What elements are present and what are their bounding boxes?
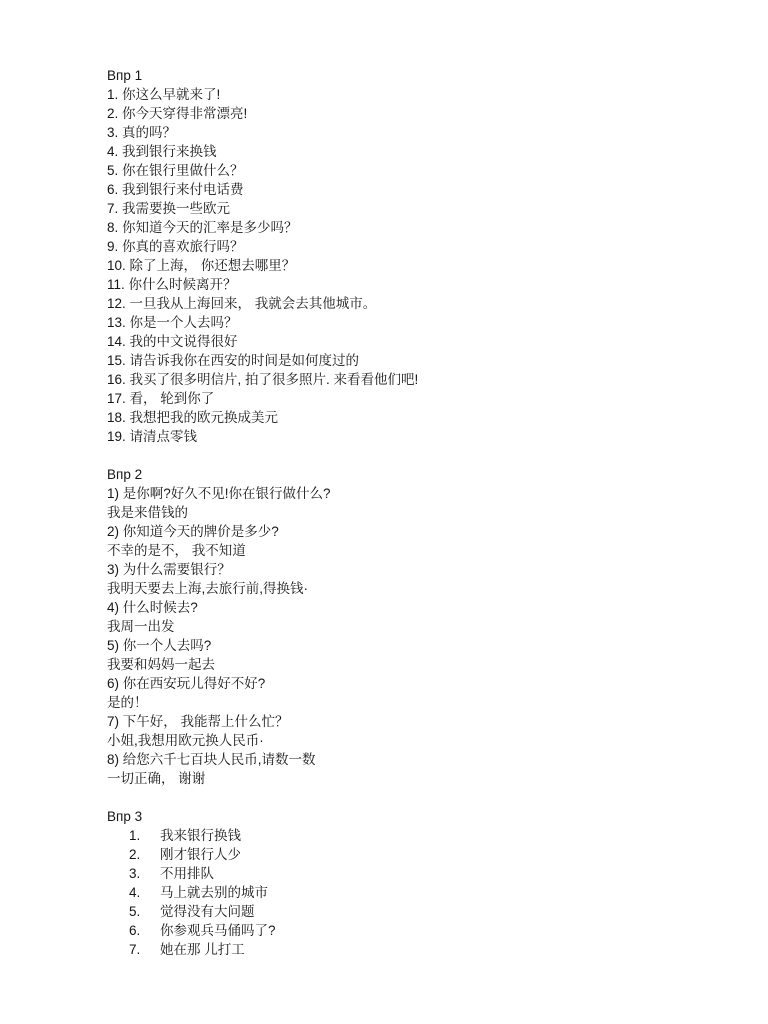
list-item-text: 刚才银行人少 — [160, 845, 738, 864]
text-line: 7. 我需要换一些欧元 — [107, 199, 738, 218]
text-line: 3. 真的吗？ — [107, 123, 738, 142]
list-item-number: 4. — [129, 883, 160, 902]
text-line: 13. 你是一个人去吗？ — [107, 313, 738, 332]
text-line: 9. 你真的喜欢旅行吗？ — [107, 237, 738, 256]
text-line: 我要和妈妈一起去 — [107, 655, 738, 674]
list-item: 3. 不用排队 — [107, 864, 738, 883]
text-line: 6. 我到银行来付电话费 — [107, 180, 738, 199]
text-line: 12. 一旦我从上海回来， 我就会去其他城市。 — [107, 294, 738, 313]
text-line: 2. 你今天穿得非常漂亮! — [107, 104, 738, 123]
text-line: 5) 你一个人去吗? — [107, 636, 738, 655]
list-item-number: 5. — [129, 902, 160, 921]
text-line: 7) 下午好， 我能帮上什么忙？ — [107, 712, 738, 731]
text-line: 我周一出发 — [107, 617, 738, 636]
section-vpr-3: Впр 3 1. 我来银行换钱 2. 刚才银行人少 3. 不用排队 4. 马上就… — [107, 807, 738, 959]
section-heading: Впр 3 — [107, 807, 738, 826]
list-item-text: 我来银行换钱 — [160, 826, 738, 845]
text-line: 8. 你知道今天的汇率是多少吗？ — [107, 218, 738, 237]
list-item-number: 3. — [129, 864, 160, 883]
section-gap — [107, 446, 738, 465]
section-heading: Впр 2 — [107, 465, 738, 484]
text-line: 14. 我的中文说得很好 — [107, 332, 738, 351]
section-vpr-1: Впр 1 1. 你这么早就来了!2. 你今天穿得非常漂亮!3. 真的吗？4. … — [107, 66, 738, 446]
text-line: 19. 请清点零钱 — [107, 427, 738, 446]
text-line: 18. 我想把我的欧元换成美元 — [107, 408, 738, 427]
list-item-number: 6. — [129, 921, 160, 940]
text-line: 一切正确， 谢谢 — [107, 769, 738, 788]
text-line: 4. 我到银行来换钱 — [107, 142, 738, 161]
text-line: 2) 你知道今天的牌价是多少? — [107, 522, 738, 541]
section-gap — [107, 788, 738, 807]
text-line: 6) 你在西安玩儿得好不好? — [107, 674, 738, 693]
list-item-text: 觉得没有大问题 — [160, 902, 738, 921]
text-line: 17. 看， 轮到你了 — [107, 389, 738, 408]
document-page: Впр 1 1. 你这么早就来了!2. 你今天穿得非常漂亮!3. 真的吗？4. … — [0, 0, 768, 1024]
document-content: Впр 1 1. 你这么早就来了!2. 你今天穿得非常漂亮!3. 真的吗？4. … — [107, 66, 738, 959]
list-item: 6. 你参观兵马俑吗了? — [107, 921, 738, 940]
text-line: 1. 你这么早就来了! — [107, 85, 738, 104]
list-item-number: 7. — [129, 940, 160, 959]
section-lines: 1. 你这么早就来了!2. 你今天穿得非常漂亮!3. 真的吗？4. 我到银行来换… — [107, 85, 738, 446]
text-line: 我是来借钱的 — [107, 503, 738, 522]
section-heading: Впр 1 — [107, 66, 738, 85]
list-item: 2. 刚才银行人少 — [107, 845, 738, 864]
numbered-list: 1. 我来银行换钱 2. 刚才银行人少 3. 不用排队 4. 马上就去别的城市 … — [107, 826, 738, 959]
list-item-text: 马上就去别的城市 — [160, 883, 738, 902]
text-line: 3) 为什么需要银行？ — [107, 560, 738, 579]
text-line: 不幸的是不， 我不知道 — [107, 541, 738, 560]
text-line: 4) 什么时候去? — [107, 598, 738, 617]
section-lines: 1) 是你啊?好久不见!你在银行做什么?我是来借钱的2) 你知道今天的牌价是多少… — [107, 484, 738, 788]
list-item: 7. 她在那 儿打工 — [107, 940, 738, 959]
list-item-text: 她在那 儿打工 — [160, 940, 738, 959]
list-item: 4. 马上就去别的城市 — [107, 883, 738, 902]
text-line: 11. 你什么时候离开？ — [107, 275, 738, 294]
text-line: 5. 你在银行里做什么？ — [107, 161, 738, 180]
text-line: 我明天要去上海,去旅行前,得换钱· — [107, 579, 738, 598]
list-item-number: 2. — [129, 845, 160, 864]
text-line: 8) 给您六千七百块人民币,请数一数 — [107, 750, 738, 769]
text-line: 16. 我买了很多明信片, 拍了很多照片. 来看看他们吧! — [107, 370, 738, 389]
text-line: 10. 除了上海， 你还想去哪里？ — [107, 256, 738, 275]
list-item: 5. 觉得没有大问题 — [107, 902, 738, 921]
list-item: 1. 我来银行换钱 — [107, 826, 738, 845]
text-line: 小姐,我想用欧元换人民币· — [107, 731, 738, 750]
list-item-text: 不用排队 — [160, 864, 738, 883]
text-line: 是的！ — [107, 693, 738, 712]
list-item-number: 1. — [129, 826, 160, 845]
text-line: 15. 请告诉我你在西安的时间是如何度过的 — [107, 351, 738, 370]
section-vpr-2: Впр 2 1) 是你啊?好久不见!你在银行做什么?我是来借钱的2) 你知道今天… — [107, 465, 738, 788]
list-item-text: 你参观兵马俑吗了? — [160, 921, 738, 940]
text-line: 1) 是你啊?好久不见!你在银行做什么? — [107, 484, 738, 503]
